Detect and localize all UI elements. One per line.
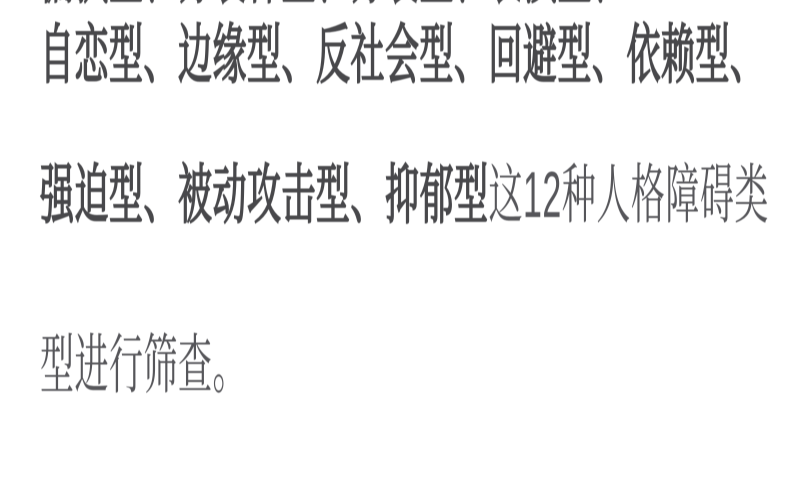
disorder-types-list-part-2: 强迫型、被动攻击型、抑郁型 bbox=[40, 160, 489, 232]
clipped-line-text: 偏执型、分裂样型、分裂型、表演型、 bbox=[40, 0, 627, 12]
clipped-text-line: 偏执型、分裂样型、分裂型、表演型、 bbox=[40, 0, 627, 9]
paragraph-line-3: 型进行筛查。 bbox=[40, 334, 247, 399]
body-text-continuation: 这12种人格障碍类 bbox=[489, 160, 769, 232]
body-text-ending: 型进行筛查。 bbox=[40, 330, 247, 402]
paragraph-line-1: 自恋型、边缘型、反社会型、回避型、依赖型、 bbox=[40, 24, 765, 89]
paragraph-line-2: 强迫型、被动攻击型、抑郁型这12种人格障碍类 bbox=[40, 164, 769, 229]
document-page: 偏执型、分裂样型、分裂型、表演型、 自恋型、边缘型、反社会型、回避型、依赖型、 … bbox=[0, 0, 800, 500]
disorder-types-list-part-1: 自恋型、边缘型、反社会型、回避型、依赖型、 bbox=[40, 20, 765, 92]
